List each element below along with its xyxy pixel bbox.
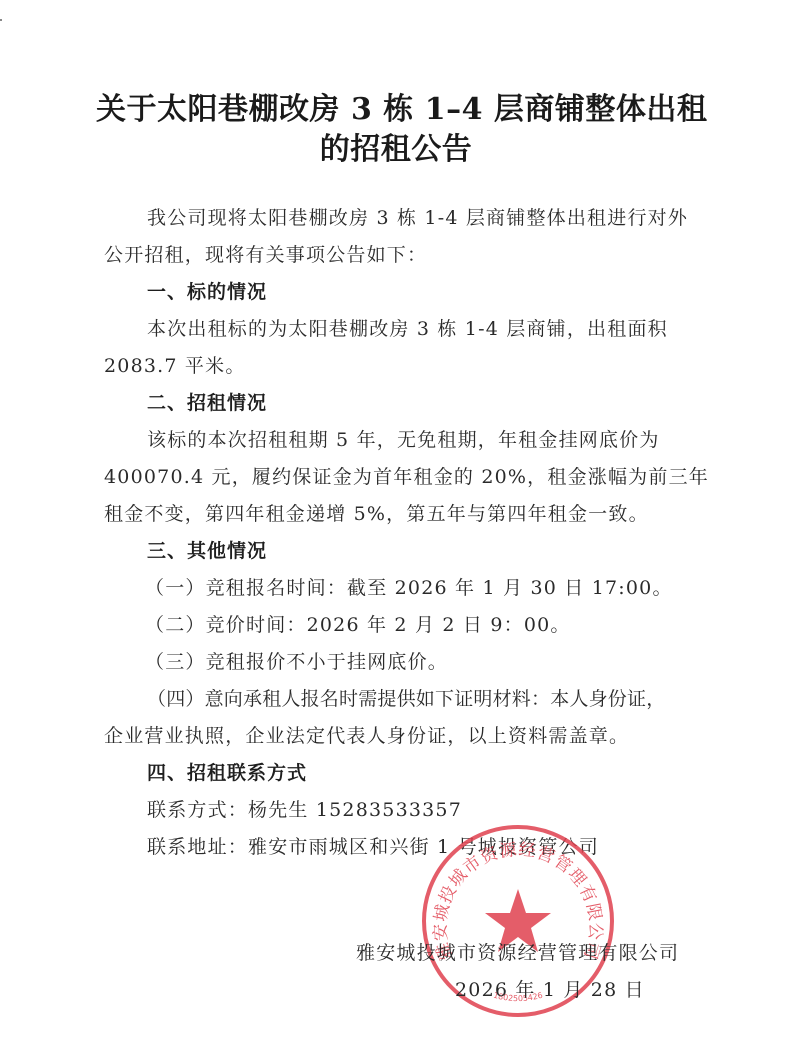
signature-company: 雅安城投城市资源经营管理有限公司 bbox=[356, 938, 679, 965]
page-title-line2: 的招租公告 bbox=[96, 124, 696, 168]
section-2-line-2: 400070.4 元，履约保证金为首年租金的 20%，租金涨幅为前三年 bbox=[104, 465, 694, 489]
intro-line-2: 公开招租，现将有关事项公告如下： bbox=[104, 243, 694, 267]
section-heading-4: 四、招租联系方式 bbox=[147, 761, 737, 785]
section-2-line-1: 该标的本次招租租期 5 年，无免租期，年租金挂网底价为 bbox=[147, 428, 737, 452]
section-3-item-2: （二）竞价时间：2026 年 2 月 2 日 9：00。 bbox=[145, 613, 735, 637]
section-heading-2: 二、招租情况 bbox=[147, 391, 737, 415]
section-3-item-4-line-2: 企业营业执照，企业法定代表人身份证，以上资料需盖章。 bbox=[104, 724, 694, 748]
section-3-item-1: （一）竞租报名时间：截至 2026 年 1 月 30 日 17:00。 bbox=[145, 576, 735, 600]
section-1-line-1: 本次出租标的为太阳巷棚改房 3 栋 1-4 层商铺，出租面积 bbox=[147, 317, 737, 341]
contact-line: 联系方式：杨先生 15283533357 bbox=[147, 798, 737, 822]
section-heading-3: 三、其他情况 bbox=[147, 539, 737, 563]
signature-date: 2026 年 1 月 28 日 bbox=[455, 975, 645, 1002]
section-heading-1: 一、标的情况 bbox=[147, 280, 737, 304]
section-3-item-4-line-1: （四）意向承租人报名时需提供如下证明材料：本人身份证， bbox=[147, 687, 737, 711]
intro-line-1: 我公司现将太阳巷棚改房 3 栋 1-4 层商铺整体出租进行对外 bbox=[147, 206, 737, 230]
section-2-line-3: 租金不变，第四年租金递增 5%，第五年与第四年租金一致。 bbox=[104, 502, 694, 526]
section-3-item-3: （三）竞租报价不小于挂网底价。 bbox=[145, 650, 735, 674]
document-page: 关于太阳巷棚改房 3 栋 1–4 层商铺整体出租 的招租公告 我公司现将太阳巷棚… bbox=[0, 0, 792, 1061]
section-1-line-2: 2083.7 平米。 bbox=[104, 354, 694, 378]
scan-artifact bbox=[0, 19, 2, 21]
page-title-line1: 关于太阳巷棚改房 3 栋 1–4 层商铺整体出租 bbox=[96, 84, 696, 128]
